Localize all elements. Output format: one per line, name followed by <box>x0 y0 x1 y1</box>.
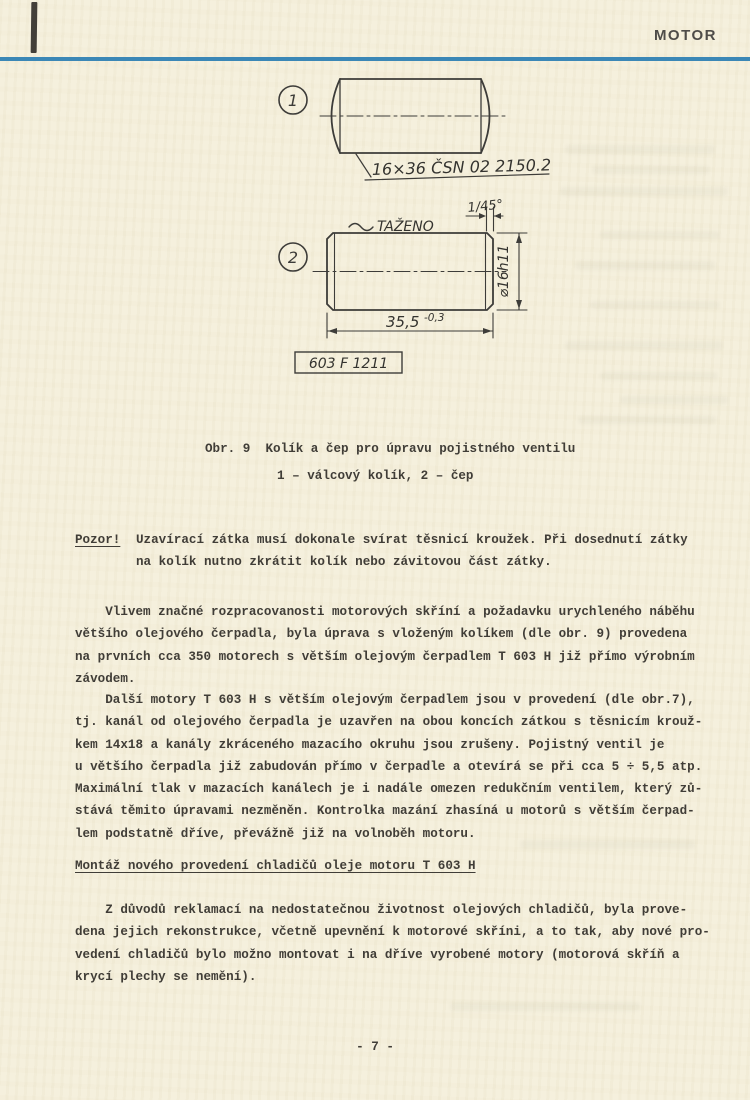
drawing-part2-plug: 2 TAŽENO 1/45° <box>279 197 527 373</box>
scan-artifact-mark <box>31 2 38 53</box>
diameter-dimension-text: ⌀16h11 <box>496 245 512 298</box>
warning-label: Pozor! <box>75 529 120 551</box>
header-rule <box>0 57 750 61</box>
length-dimension-text: 35,5 <box>386 313 419 331</box>
part2-balloon-number: 2 <box>288 248 298 267</box>
drawing-part1-cylindrical-pin: 1 16×36 ČSN 02 2150.2 <box>279 79 551 180</box>
part1-label-leader <box>356 154 371 177</box>
figure-caption-line1: Obr. 9 Kolík a čep pro úpravu pojistného… <box>205 438 575 460</box>
chamfer-dimension-text: 1/45° <box>467 197 504 216</box>
body-paragraph-2: Další motory T 603 H s větším olejovým č… <box>75 689 702 845</box>
figure-caption-line2: 1 – válcový kolík, 2 – čep <box>277 465 474 487</box>
surface-tilde-mark <box>349 224 373 231</box>
page-header-title: MOTOR <box>654 27 717 44</box>
body-paragraph-3: Z důvodů reklamací na nedostatečnou živo… <box>75 899 710 988</box>
part1-balloon-number: 1 <box>288 91 298 110</box>
drawing-number-text: 603 F 1211 <box>309 356 388 372</box>
bleed-through-ghost <box>450 1002 640 1011</box>
page-number: - 7 - <box>0 1036 750 1058</box>
warning-text: Uzavírací zátka musí dokonale svírat těs… <box>136 529 688 574</box>
document-page: MOTOR 1 16×36 ČSN 02 2150.2 2 TAŽENO <box>0 0 750 1100</box>
figure-technical-drawing: 1 16×36 ČSN 02 2150.2 2 TAŽENO <box>0 70 750 390</box>
section-heading: Montáž nového provedení chladičů oleje m… <box>75 855 476 877</box>
bleed-through-ghost <box>578 416 716 424</box>
body-paragraph-1: Vlivem značné rozpracovanosti motorových… <box>75 601 695 690</box>
length-tolerance-text: -0,3 <box>424 312 445 324</box>
bleed-through-ghost <box>620 396 728 404</box>
part1-standard-label: 16×36 ČSN 02 2150.2 <box>372 155 552 179</box>
